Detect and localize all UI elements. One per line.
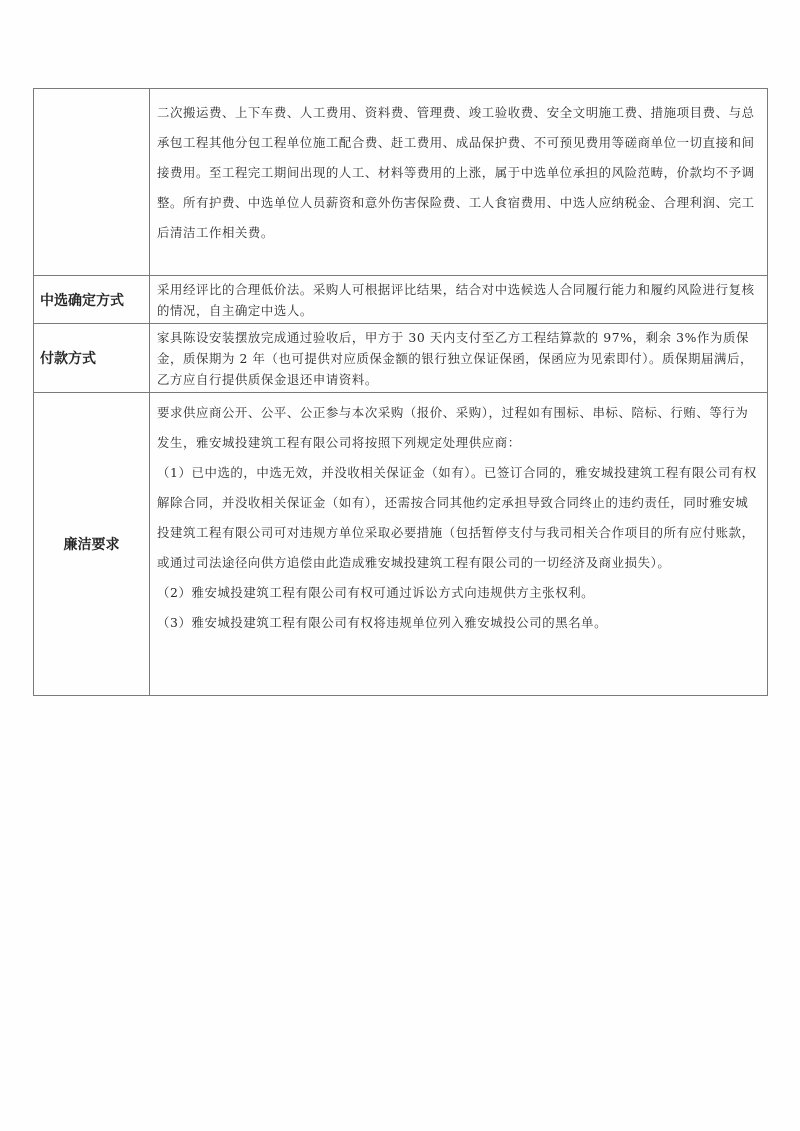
selection-method-paragraph: 采用经评比的合理低价法。采购人可根据评比结果，结合对中选候选人合同履行能力和履约… [157,279,761,321]
integrity-intro-paragraph: 要求供应商公开、公平、公正参与本次采购（报价、采购），过程如有围标、串标、陪标、… [157,398,761,458]
integrity-clause-2: （2）雅安城投建筑工程有限公司有权可通过诉讼方式向违规供方主张权利。 [157,578,761,608]
integrity-clause-3: （3）雅安城投建筑工程有限公司有权将违规单位列入雅安城投公司的黑名单。 [157,608,761,638]
integrity-clause-1: （1）已中选的，中选无效，并没收相关保证金（如有）。已签订合同的，雅安城投建筑工… [157,458,761,578]
row-label-integrity-requirements: 廉洁要求 [34,393,150,696]
table-row-payment-method: 付款方式 家具陈设安装摆放完成通过验收后，甲方于 30 天内支付至乙方工程结算款… [34,324,768,393]
row-content-cost-scope: 二次搬运费、上下车费、人工费用、资料费、管理费、竣工验收费、安全文明施工费、措施… [150,89,768,276]
table-row-selection-method: 中选确定方式 采用经评比的合理低价法。采购人可根据评比结果，结合对中选候选人合同… [34,276,768,324]
cost-scope-paragraph: 二次搬运费、上下车费、人工费用、资料费、管理费、竣工验收费、安全文明施工费、措施… [157,98,761,248]
table-row-integrity-requirements: 廉洁要求 要求供应商公开、公平、公正参与本次采购（报价、采购），过程如有围标、串… [34,393,768,696]
row-label-selection-method: 中选确定方式 [34,276,150,324]
document-page: 二次搬运费、上下车费、人工费用、资料费、管理费、竣工验收费、安全文明施工费、措施… [0,0,800,1131]
payment-method-paragraph: 家具陈设安装摆放完成通过验收后，甲方于 30 天内支付至乙方工程结算款的 97%… [157,327,761,390]
row-label-empty [34,89,150,276]
table-row-cost-scope: 二次搬运费、上下车费、人工费用、资料费、管理费、竣工验收费、安全文明施工费、措施… [34,89,768,276]
row-content-integrity-requirements: 要求供应商公开、公平、公正参与本次采购（报价、采购），过程如有围标、串标、陪标、… [150,393,768,696]
row-content-selection-method: 采用经评比的合理低价法。采购人可根据评比结果，结合对中选候选人合同履行能力和履约… [150,276,768,324]
row-label-payment-method: 付款方式 [34,324,150,393]
procurement-terms-table: 二次搬运费、上下车费、人工费用、资料费、管理费、竣工验收费、安全文明施工费、措施… [33,88,768,696]
row-content-payment-method: 家具陈设安装摆放完成通过验收后，甲方于 30 天内支付至乙方工程结算款的 97%… [150,324,768,393]
